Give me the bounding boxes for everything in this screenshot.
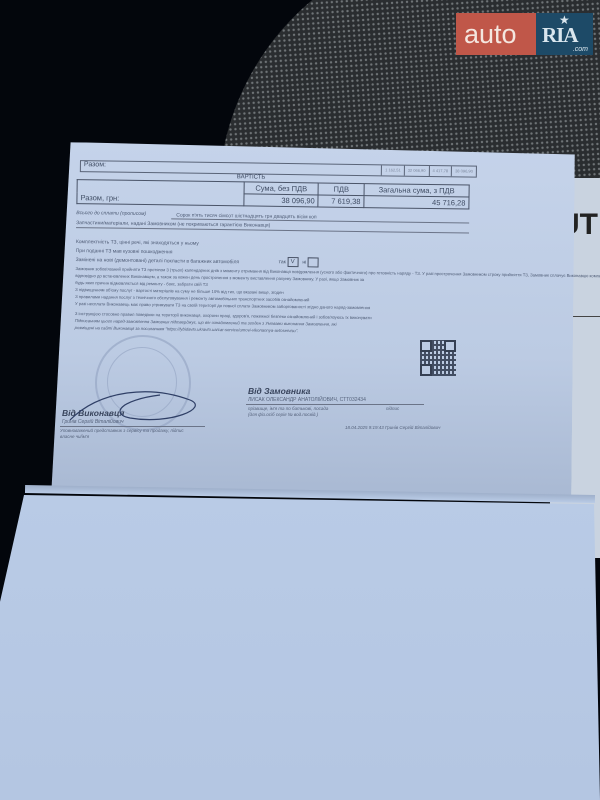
totals-cell: 32 066,90 [404, 166, 429, 176]
cost-header: Сума, без ПДВ [244, 182, 318, 195]
autoria-watermark: auto ★ RIA .com [456, 13, 593, 55]
cost-row-label: Разом, грн: [77, 180, 244, 206]
totals-cell: 38 096,90 [451, 166, 476, 176]
totals-cell: 1 162,51 [381, 165, 404, 175]
customer-name: ЛИСАК ОЛЕКСАНДР АНАТОЛІЙОВИЧ, СТТ032434 [248, 397, 366, 403]
customer-sign-caption: підпис [386, 406, 399, 411]
customer-caption-2: (для фіз.осіб серія № вод.посвід.) [248, 412, 318, 417]
watermark-auto: auto [456, 13, 536, 55]
watermark-ria: ★ RIA .com [536, 13, 593, 55]
sum-without-vat: 38 096,90 [244, 194, 318, 207]
checkbox-group: так V ні [279, 257, 319, 268]
checkbox-yes: V [287, 257, 298, 267]
paper-lower-half [0, 495, 600, 800]
underline [246, 404, 424, 405]
amount-in-words-label: Всього до сплати (прописом) [76, 210, 146, 217]
qr-code [420, 340, 456, 376]
vat-amount: 7 619,38 [318, 195, 364, 208]
executor-signature [60, 380, 210, 430]
print-timestamp: 18.04.2025 9:19:43 Гринів Сергій Віталій… [345, 425, 440, 430]
checkbox-no [308, 257, 319, 267]
cost-header: ПДВ [318, 183, 364, 196]
totals-cell: 4 417,78 [428, 166, 451, 176]
executor-caption-2: власне чи/ім'я [60, 434, 89, 439]
customer-heading: Від Замовника [248, 386, 310, 396]
customer-caption: прізвище, ім'я та по батькові, посада [248, 406, 328, 411]
cost-caption: ВАРТІСТЬ [237, 174, 266, 180]
total-with-vat: 45 716,28 [364, 196, 469, 209]
